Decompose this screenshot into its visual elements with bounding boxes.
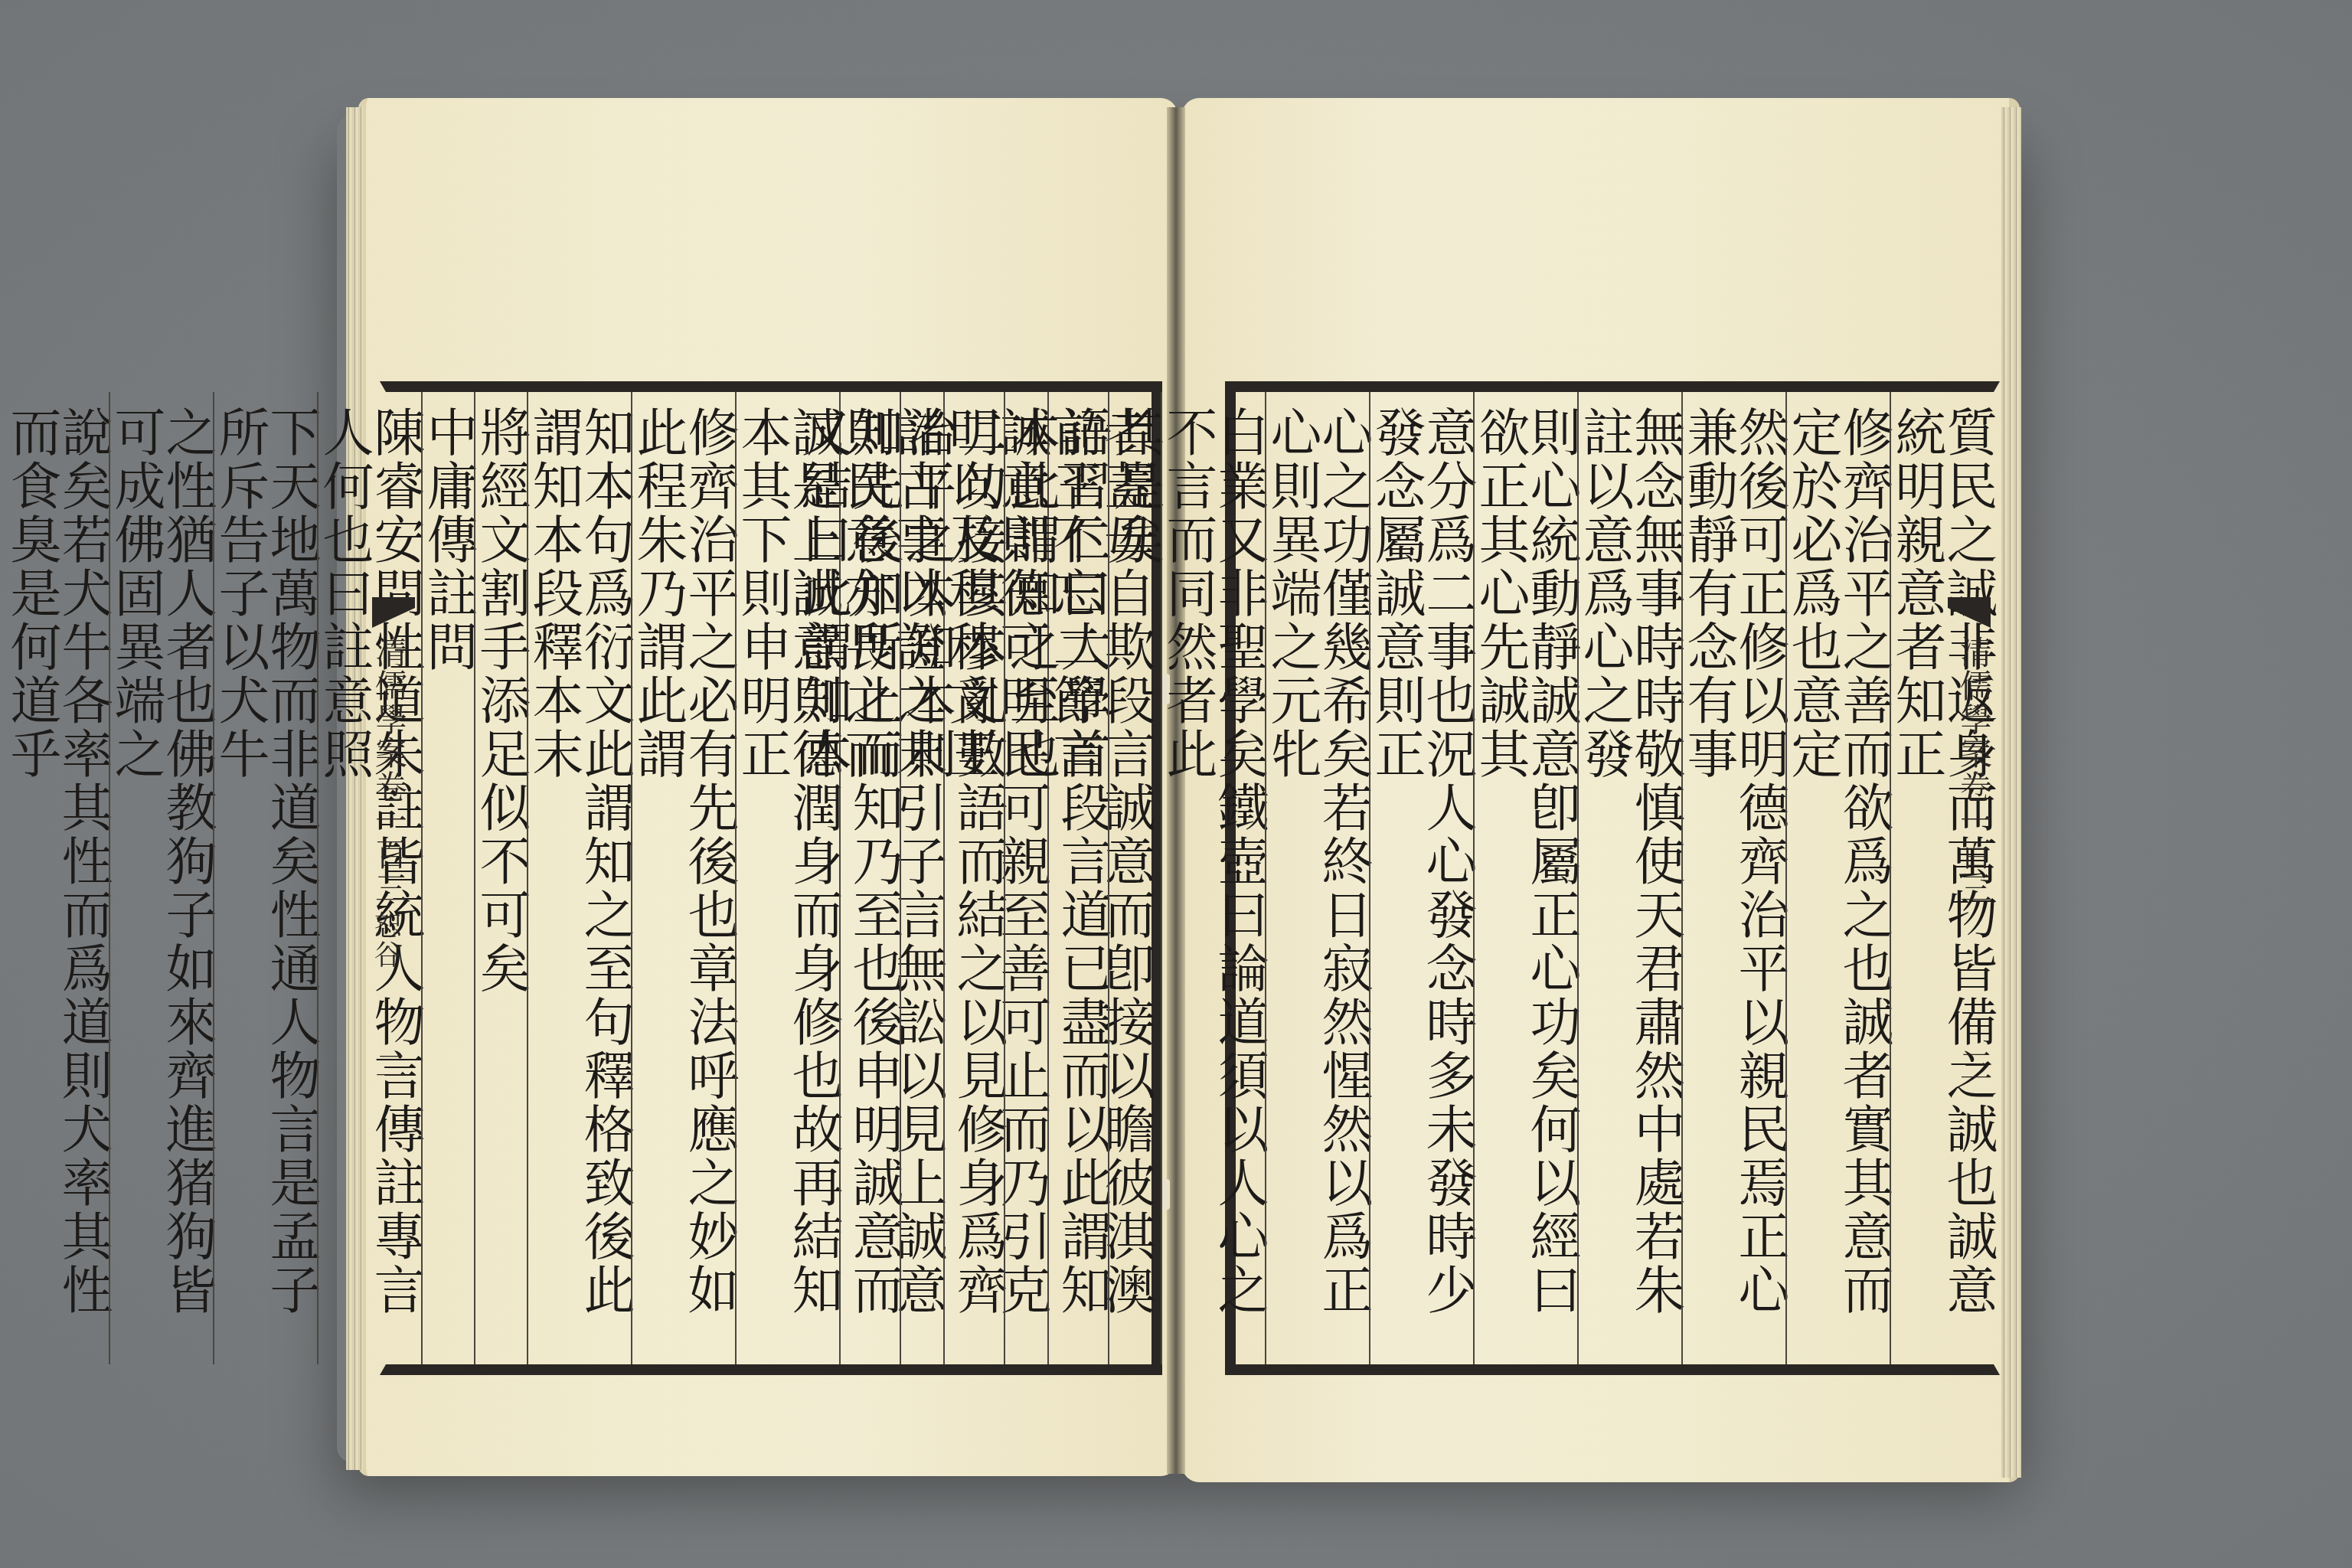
text-column: 則心統動靜誠意卽屬正心功矣何以經曰欲正其心先誠其 <box>1473 392 1577 1364</box>
column-text: 將經文割手添足似不可矣 <box>475 406 527 995</box>
text-column: 將經文割手添足似不可矣 <box>474 392 527 1364</box>
column-text: 二句接其本亂數語而結之以見修身爲齊治平之本知本則 <box>901 406 1004 1364</box>
text-column: 知本句爲衍文此謂知之至句釋格致後此謂知本段釋本末 <box>527 392 631 1364</box>
right-banxin-title: 清儒學案卷一百三 <box>1951 635 1997 905</box>
text-column: 說矣若犬牛各率其性而爲道則犬率其性而食臭是何道乎 <box>6 392 109 1364</box>
text-column: 二句接其本亂數語而結之以見修身爲齊治平之本知本則 <box>900 392 1004 1364</box>
text-column: 修齊治平之必有先後也章法呼應之妙如此程朱乃謂此謂 <box>631 392 735 1364</box>
text-column: 白業又非聖學矣鐵壺曰論道須以人心之不言而同然者此 <box>1161 392 1265 1364</box>
column-text: 修齊治平之善而欲爲之也誠者實其意而定於必爲也意定 <box>1787 406 1890 1364</box>
column-text: 則心統動靜誠意卽屬正心功矣何以經曰欲正其心先誠其 <box>1475 406 1577 1364</box>
column-text: 之性猶人者也佛教狗子如來齊進猪狗皆可成佛固異端之 <box>110 406 213 1364</box>
text-column: 語習仁曰大學首段言道已盡而以此謂知本此謂知之至也 <box>1004 392 1108 1364</box>
left-page-number: 二 <box>366 1049 412 1081</box>
text-column: 之性猶人者也佛教狗子如來齊進猪狗皆可成佛固異端之 <box>109 392 213 1364</box>
text-column: 然後可正修以明德齊治平以親民焉正心兼動靜有念有事 <box>1681 392 1785 1364</box>
text-column: 下天地萬物而非道矣性通人物言是孟子所斥告子以犬牛 <box>213 392 317 1364</box>
column-text: 然後可正修以明德齊治平以親民焉正心兼動靜有念有事 <box>1683 406 1785 1364</box>
left-banxin-title: 清儒學案卷一百三 <box>366 635 412 905</box>
right-text-block: 質民之誠非返身而萬物皆備之誠也誠意統明親意者知正 修齊治平之善而欲爲之也誠者實其… <box>1225 381 2000 1375</box>
column-text: 下天地萬物而非道矣性通人物言是孟子所斥告子以犬牛 <box>214 406 317 1364</box>
text-column: 意分爲二事也況人心發念時多未發時少發念屬誠意則正 <box>1369 392 1473 1364</box>
column-text: 意分爲二事也況人心發念時多未發時少發念屬誠意則正 <box>1370 406 1473 1364</box>
text-column: 修齊治平之善而欲爲之也誠者實其意而定於必爲也意定 <box>1785 392 1890 1364</box>
text-column: 心之功僅幾希矣若終日寂然惺然以爲正心則異端之元牝 <box>1265 392 1369 1364</box>
column-text: 語習仁曰大學首段言道已盡而以此謂知本此謂知之至也 <box>1005 406 1108 1364</box>
left-banxin-subtitle: 恕谷 <box>366 911 405 969</box>
text-column: 其是矣 <box>1108 392 1161 1364</box>
text-column: 知先後知所止而知乃至也後申明誠意而又結曰此謂知本 <box>797 392 900 1364</box>
column-text: 說矣若犬牛各率其性而爲道則犬率其性而食臭是何道乎 <box>6 406 109 1364</box>
section-heading: 中庸傳註問 <box>423 406 474 674</box>
right-columns: 質民之誠非返身而萬物皆備之誠也誠意統明親意者知正 修齊治平之善而欲爲之也誠者實其… <box>1236 392 1994 1364</box>
column-text: 心之功僅幾希矣若終日寂然惺然以爲正心則異端之元牝 <box>1266 406 1369 1364</box>
column-text: 其是矣 <box>1109 406 1161 567</box>
text-column: 無念無事時時敬慎使天君肅然中處若朱註以意爲心之發 <box>1577 392 1681 1364</box>
column-text: 修齊治平之必有先後也章法呼應之妙如此程朱乃謂此謂 <box>632 406 735 1364</box>
column-text: 知先後知所止而知乃至也後申明誠意而又結曰此謂知本 <box>797 406 900 1364</box>
column-text: 白業又非聖學矣鐵壺曰論道須以人心之不言而同然者此 <box>1162 406 1265 1364</box>
section-heading-column: 中庸傳註問 <box>421 392 474 1364</box>
column-text: 知本句爲衍文此謂知之至句釋格致後此謂知本段釋本末 <box>528 406 631 1364</box>
right-page-stack-edge <box>2001 107 2021 1478</box>
column-text: 無念無事時時敬慎使天君肅然中處若朱註以意爲心之發 <box>1579 406 1681 1364</box>
right-page-number: 三 <box>1951 1049 1997 1081</box>
